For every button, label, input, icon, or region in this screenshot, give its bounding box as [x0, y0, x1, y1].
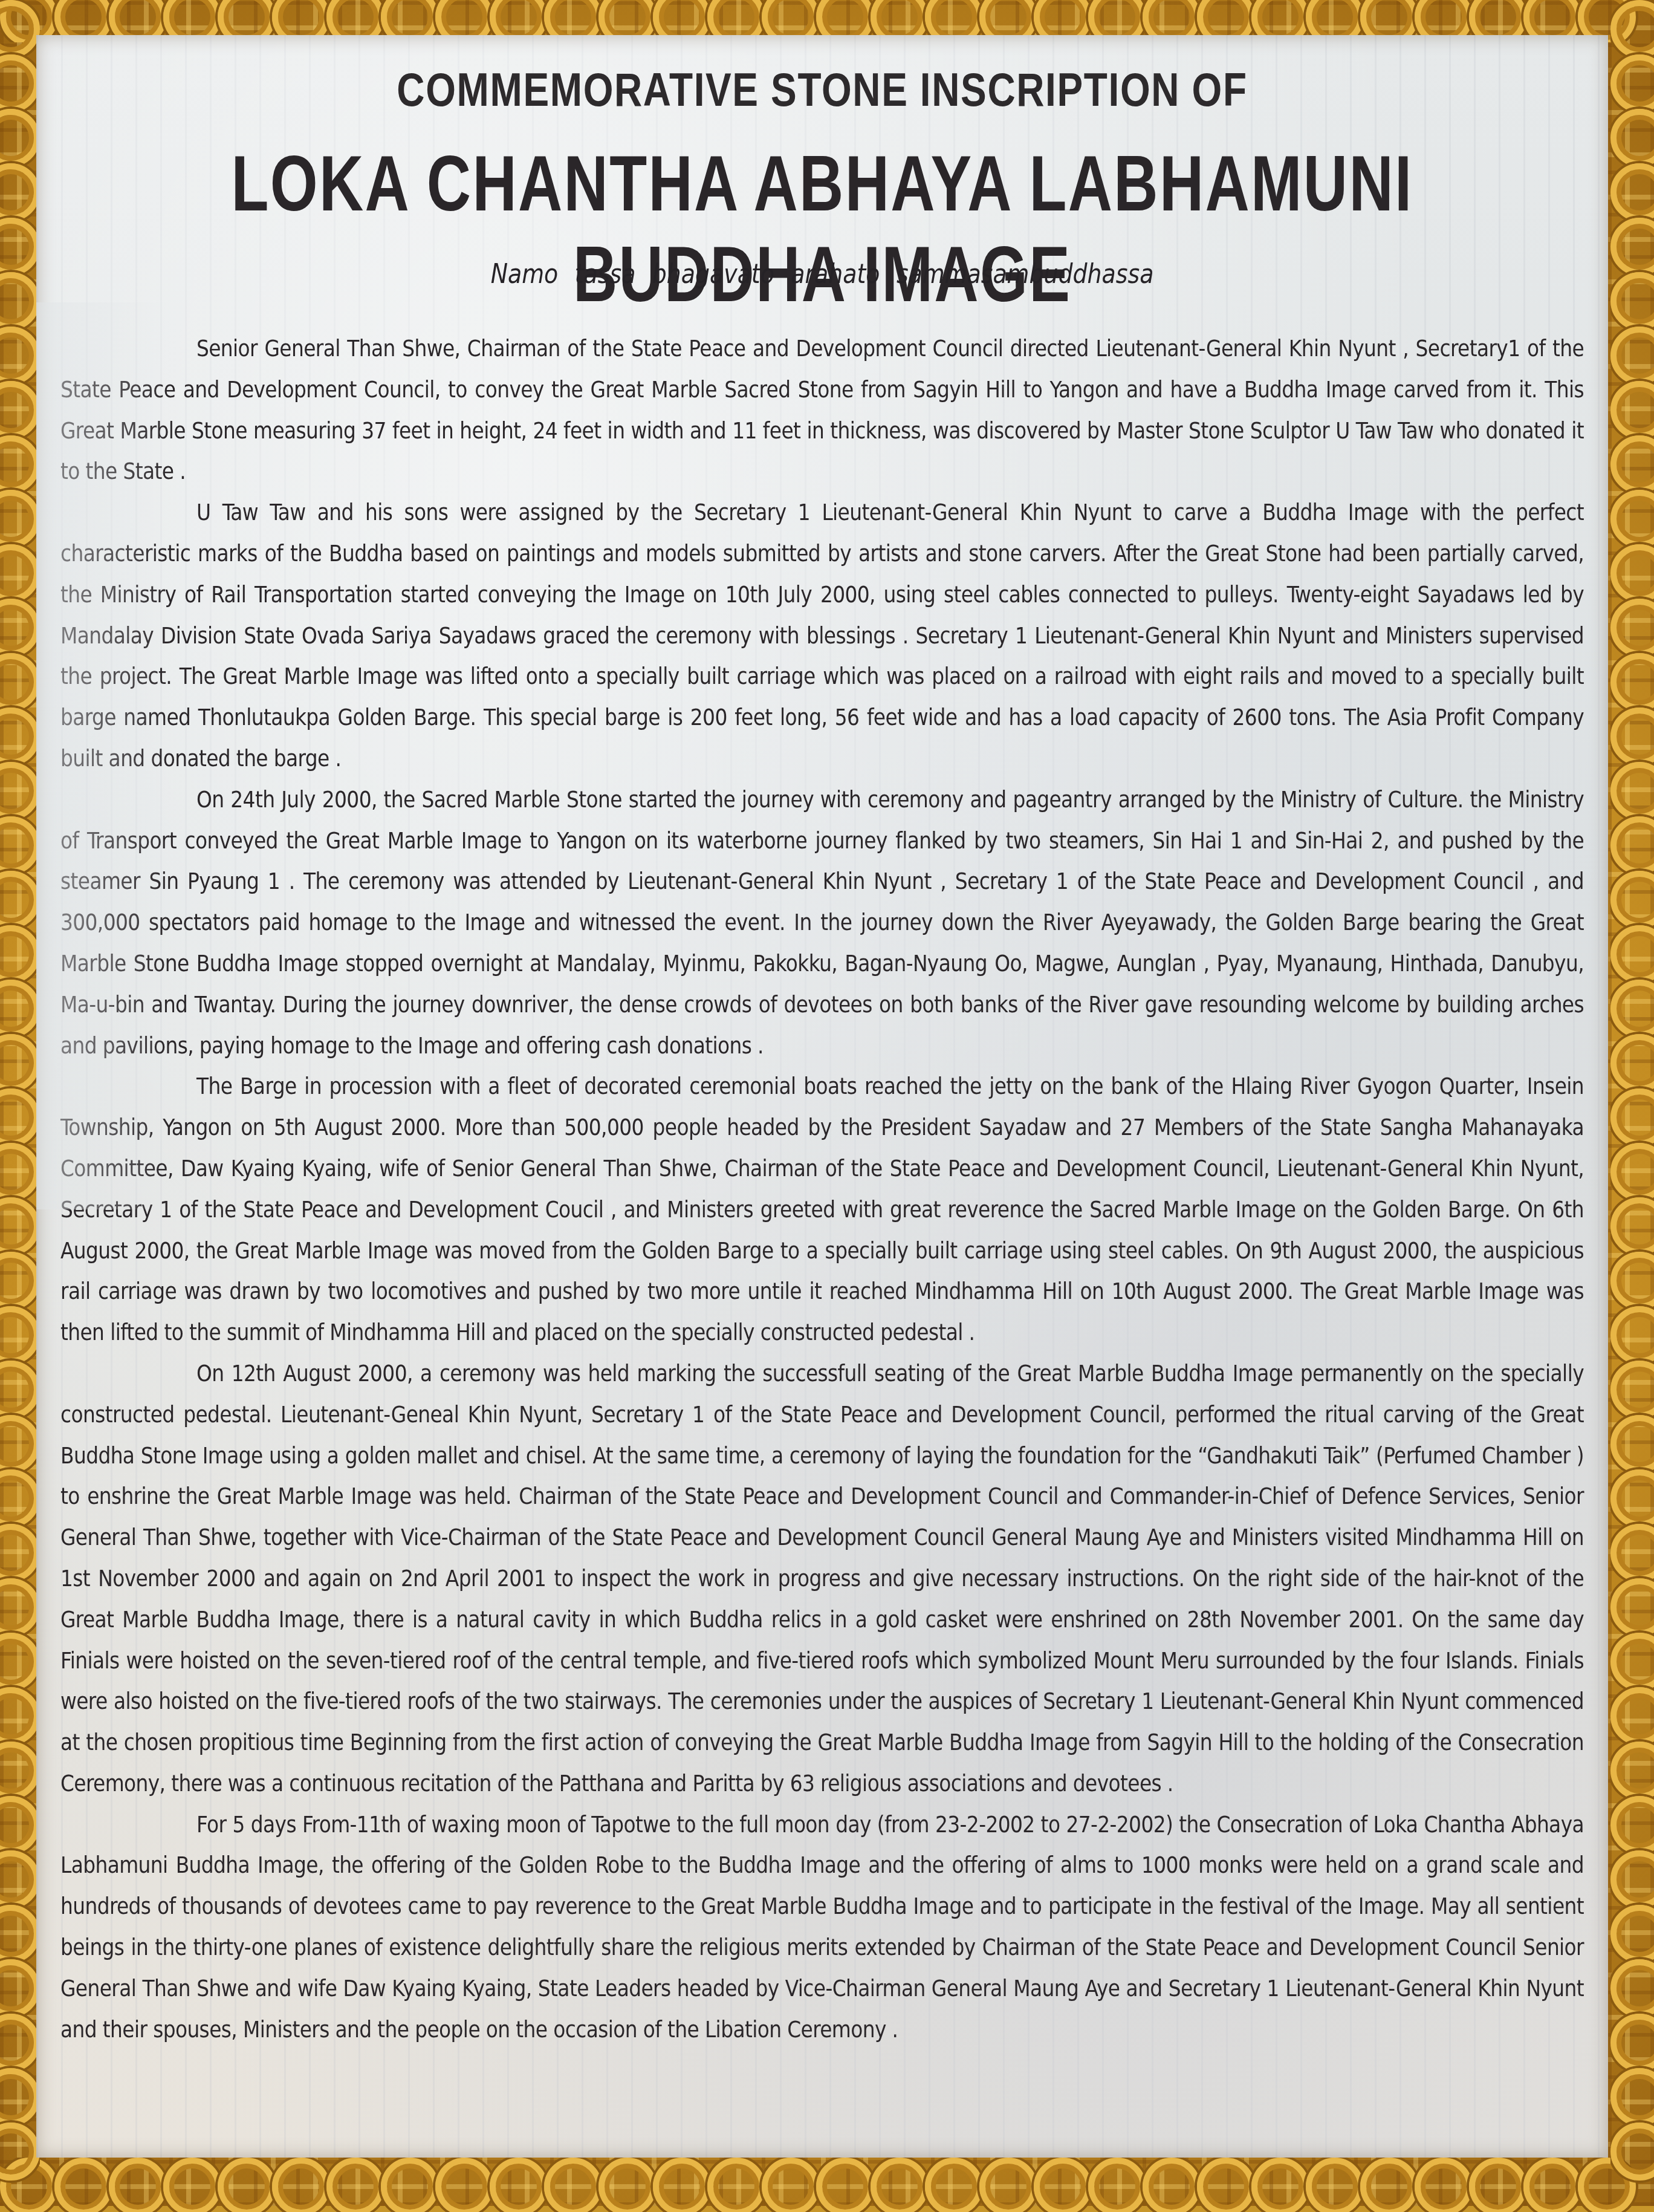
- scroll-ornament-icon: [1610, 2123, 1654, 2181]
- scroll-ornament-icon: [1610, 1850, 1654, 1908]
- scroll-ornament-icon: [1610, 1578, 1654, 1636]
- paragraph-5: On 12th August 2000, a ceremony was held…: [60, 1353, 1584, 1804]
- scroll-ornament-icon: [0, 2068, 40, 2126]
- scroll-ornament-icon: [490, 2158, 548, 2206]
- scroll-ornament-icon: [0, 1687, 40, 1745]
- scroll-ornament-icon: [0, 925, 40, 983]
- scroll-ornament-icon: [1610, 1306, 1654, 1364]
- scroll-ornament-icon: [0, 708, 40, 766]
- scroll-ornament-icon: [0, 544, 40, 602]
- scroll-ornament-icon: [1610, 1524, 1654, 1582]
- scroll-ornament-icon: [1610, 2014, 1654, 2072]
- scroll-ornament-icon: [0, 2123, 40, 2181]
- scroll-ornament-icon: [1610, 1905, 1654, 1963]
- scroll-ornament-icon: [1610, 109, 1654, 167]
- scroll-ornament-icon: [1610, 272, 1654, 330]
- scroll-ornament-icon: [1610, 1959, 1654, 2017]
- scroll-ornament-icon: [1197, 2158, 1255, 2206]
- scroll-ornament-icon: [54, 2158, 112, 2206]
- scroll-ornament-icon: [871, 2158, 929, 2206]
- scroll-ornament-icon: [979, 2158, 1037, 2206]
- scroll-ornament-icon: [1610, 1415, 1654, 1473]
- scroll-ornament-icon: [1610, 1687, 1654, 1745]
- scroll-ornament-icon: [0, 871, 40, 929]
- scroll-ornament-icon: [1306, 2158, 1364, 2206]
- scroll-ornament-icon: [1610, 435, 1654, 493]
- scroll-ornament-icon: [707, 2158, 765, 2206]
- scroll-ornament-icon: [163, 2158, 221, 2206]
- scroll-ornament-icon: [0, 762, 40, 820]
- scroll-ornament-icon: [1469, 2158, 1527, 2206]
- paragraph-1: Senior General Than Shwe, Chairman of th…: [60, 328, 1584, 492]
- scroll-ornament-icon: [0, 1959, 40, 2017]
- scroll-ornament-icon: [1610, 1633, 1654, 1691]
- scroll-ornament-icon: [1610, 1469, 1654, 1527]
- scroll-ornament-icon: [1143, 2158, 1201, 2206]
- scroll-ornament-icon: [1610, 490, 1654, 548]
- scroll-ornament-icon: [1088, 2158, 1146, 2206]
- scroll-ornament-icon: [1610, 327, 1654, 385]
- scroll-ornament-icon: [1610, 381, 1654, 439]
- scroll-ornament-icon: [0, 1361, 40, 1419]
- scroll-ornament-icon: [0, 1252, 40, 1310]
- scroll-ornament-icon: [1610, 1361, 1654, 1419]
- frame-right-ornament: [1610, 0, 1654, 2206]
- scroll-ornament-icon: [1610, 54, 1654, 112]
- scroll-ornament-icon: [1610, 218, 1654, 276]
- inscription-heading-line1: COMMEMORATIVE STONE INSCRIPTION OF: [178, 62, 1467, 117]
- scroll-ornament-icon: [1610, 980, 1654, 1038]
- scroll-ornament-icon: [1415, 2158, 1473, 2206]
- scroll-ornament-icon: [0, 816, 40, 874]
- scroll-ornament-icon: [1610, 871, 1654, 929]
- scroll-ornament-icon: [1610, 1252, 1654, 1310]
- inscription-title: LOKA CHANTHA ABHAYA LABHAMUNI BUDDHA IMA…: [209, 138, 1435, 319]
- scroll-ornament-icon: [1610, 544, 1654, 602]
- scroll-ornament-icon: [1610, 762, 1654, 820]
- frame-bottom-ornament: [0, 2158, 1654, 2206]
- scroll-ornament-icon: [1360, 2158, 1418, 2206]
- scroll-ornament-icon: [435, 2158, 493, 2206]
- scroll-ornament-icon: [0, 1034, 40, 1092]
- scroll-ornament-icon: [0, 1905, 40, 1963]
- scroll-ornament-icon: [1610, 1034, 1654, 1092]
- scroll-ornament-icon: [1523, 2158, 1581, 2206]
- scroll-ornament-icon: [218, 2158, 276, 2206]
- inscription-body: Senior General Than Shwe, Chairman of th…: [60, 328, 1584, 2050]
- frame-left-ornament: [0, 0, 40, 2206]
- paragraph-6: For 5 days From-11th of waxing moon of T…: [60, 1804, 1584, 2051]
- scroll-ornament-icon: [925, 2158, 983, 2206]
- scroll-ornament-icon: [0, 1524, 40, 1582]
- scroll-ornament-icon: [1251, 2158, 1309, 2206]
- scroll-ornament-icon: [598, 2158, 657, 2206]
- scroll-ornament-icon: [1610, 163, 1654, 221]
- scroll-ornament-icon: [0, 163, 40, 221]
- scroll-ornament-icon: [1610, 599, 1654, 657]
- scroll-ornament-icon: [1610, 2068, 1654, 2126]
- scroll-ornament-icon: [0, 1197, 40, 1255]
- scroll-ornament-icon: [1610, 653, 1654, 711]
- scroll-ornament-icon: [653, 2158, 711, 2206]
- scroll-ornament-icon: [0, 599, 40, 657]
- scroll-ornament-icon: [816, 2158, 874, 2206]
- scroll-ornament-icon: [0, 490, 40, 548]
- scroll-ornament-icon: [0, 1850, 40, 1908]
- scroll-ornament-icon: [0, 381, 40, 439]
- scroll-ornament-icon: [1034, 2158, 1092, 2206]
- paragraph-2: U Taw Taw and his sons were assigned by …: [60, 492, 1584, 779]
- scroll-ornament-icon: [0, 1742, 40, 1800]
- scroll-ornament-icon: [0, 327, 40, 385]
- scroll-ornament-icon: [0, 1143, 40, 1201]
- scroll-ornament-icon: [0, 272, 40, 330]
- scroll-ornament-icon: [0, 1578, 40, 1636]
- scroll-ornament-icon: [326, 2158, 384, 2206]
- scroll-ornament-icon: [0, 1469, 40, 1527]
- scroll-ornament-icon: [1610, 708, 1654, 766]
- pali-invocation: Namo tassa bhagavato arahato sammasambud…: [146, 259, 1498, 290]
- scroll-ornament-icon: [762, 2158, 820, 2206]
- scroll-ornament-icon: [544, 2158, 602, 2206]
- scroll-ornament-icon: [0, 1633, 40, 1691]
- scroll-ornament-icon: [1610, 1143, 1654, 1201]
- scroll-ornament-icon: [381, 2158, 439, 2206]
- scroll-ornament-icon: [1610, 1197, 1654, 1255]
- scroll-ornament-icon: [1610, 1796, 1654, 1854]
- scroll-ornament-icon: [1610, 1088, 1654, 1147]
- scroll-ornament-icon: [0, 1796, 40, 1854]
- scroll-ornament-icon: [109, 2158, 167, 2206]
- scroll-ornament-icon: [0, 109, 40, 167]
- scroll-ornament-icon: [1610, 1742, 1654, 1800]
- scroll-ornament-icon: [0, 54, 40, 112]
- scroll-ornament-icon: [0, 0, 40, 58]
- paragraph-3: On 24th July 2000, the Sacred Marble Sto…: [60, 779, 1584, 1067]
- scroll-ornament-icon: [0, 218, 40, 276]
- scroll-ornament-icon: [0, 1415, 40, 1473]
- scroll-ornament-icon: [0, 653, 40, 711]
- scroll-ornament-icon: [0, 435, 40, 493]
- paragraph-4: The Barge in procession with a fleet of …: [60, 1066, 1584, 1353]
- scroll-ornament-icon: [0, 2014, 40, 2072]
- scroll-ornament-icon: [1610, 816, 1654, 874]
- scroll-ornament-icon: [0, 980, 40, 1038]
- scroll-ornament-icon: [1610, 0, 1654, 58]
- scroll-ornament-icon: [0, 1306, 40, 1364]
- scroll-ornament-icon: [0, 1088, 40, 1147]
- scroll-ornament-icon: [1610, 925, 1654, 983]
- marble-inscription-slab: COMMEMORATIVE STONE INSCRIPTION OF LOKA …: [36, 35, 1608, 2158]
- scroll-ornament-icon: [272, 2158, 330, 2206]
